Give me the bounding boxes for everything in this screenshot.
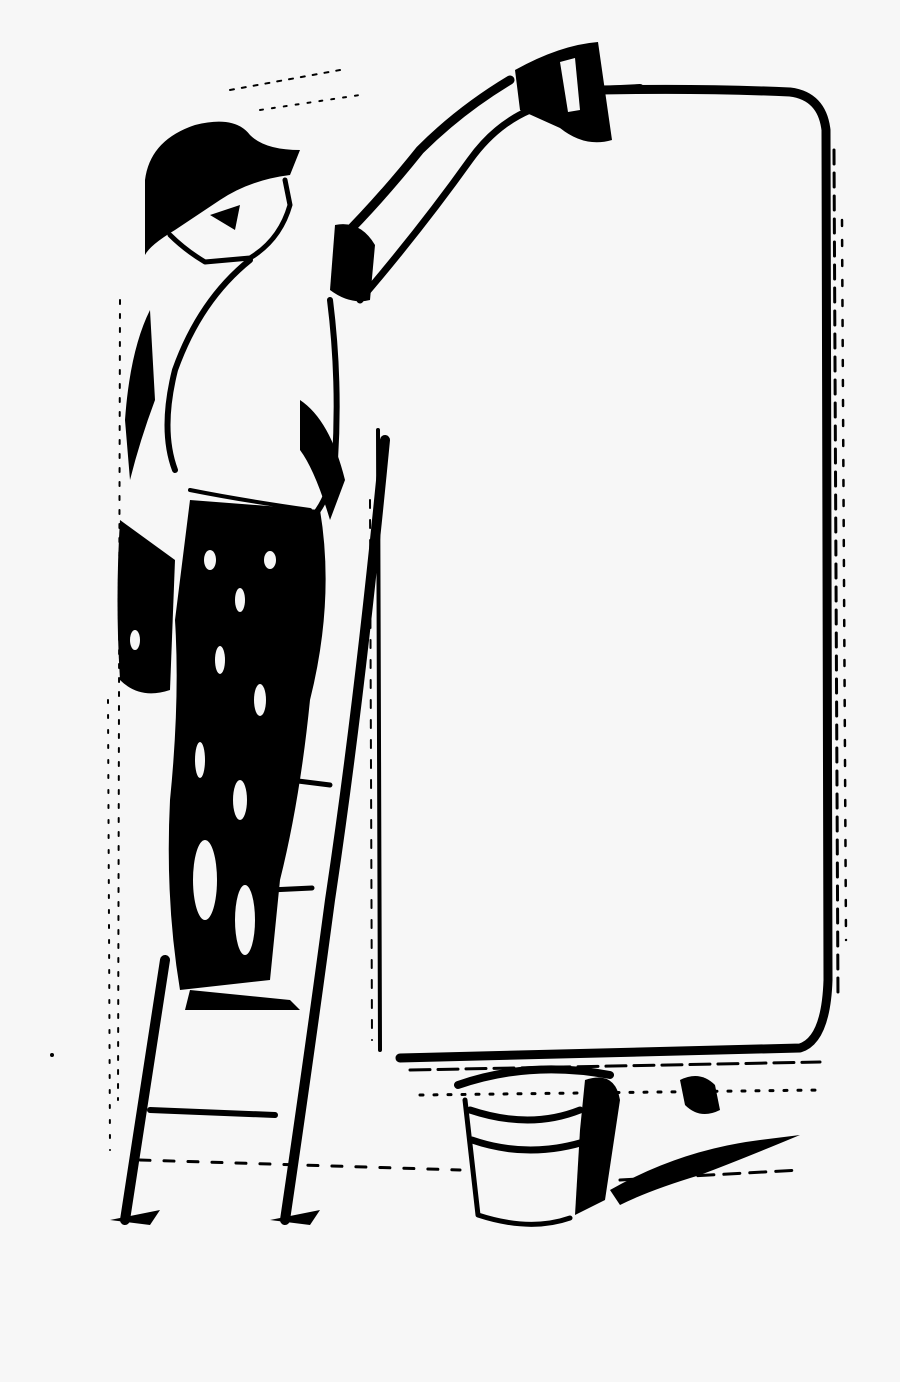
blank-sign-frame bbox=[370, 89, 846, 1070]
painter-trousers bbox=[118, 500, 326, 1010]
paintbrush bbox=[515, 42, 640, 142]
painter-arm bbox=[330, 80, 530, 301]
illustration-canvas bbox=[0, 0, 900, 1382]
paint-bucket bbox=[458, 1069, 620, 1224]
painter-torso bbox=[125, 260, 345, 520]
painter-illustration bbox=[0, 0, 900, 1382]
